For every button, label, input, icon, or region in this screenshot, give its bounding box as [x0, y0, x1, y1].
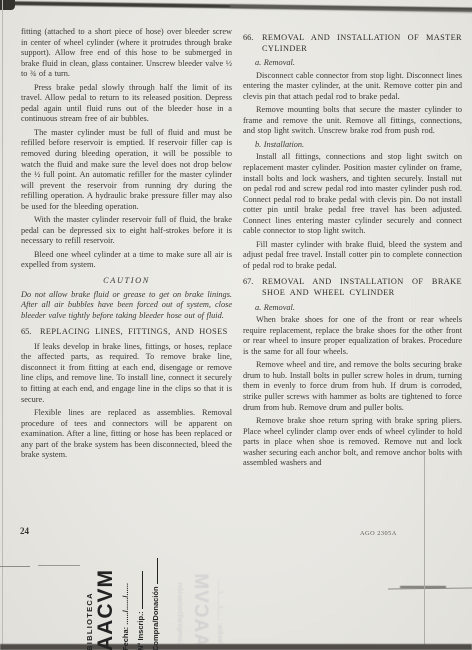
- right-column: 66.REMOVAL AND INSTALLATION OF MASTER CY…: [243, 27, 462, 472]
- section-number: 67.: [243, 277, 262, 298]
- paragraph: Press brake pedal slowly through half th…: [21, 83, 232, 125]
- footer-publication-code: AGO 2305A: [360, 530, 397, 537]
- stamp-library-label: BIBLIOTECA: [85, 541, 94, 650]
- stamp-acronym: AACVM: [95, 541, 117, 650]
- section-number: 65.: [21, 327, 40, 338]
- paragraph: fitting (attached to a short piece of ho…: [21, 27, 232, 80]
- section-title: REPLACING LINES, FITTINGS, AND HOSES: [40, 327, 232, 338]
- paragraph: Fill master cylinder with brake fluid, b…: [243, 240, 462, 272]
- stamp-ghost-content: Fecha: ....../....../...... AACVM Compra…: [135, 547, 225, 647]
- section-heading: 65.REPLACING LINES, FITTINGS, AND HOSES: [21, 327, 232, 338]
- section-title: REMOVAL AND INSTALLATION OF BRAKE SHOE A…: [262, 277, 462, 298]
- paragraph: Disconnect cable connector from stop lig…: [243, 71, 462, 103]
- sub-section-heading: b. Installation.: [243, 140, 462, 151]
- stamp-date-label: Fecha: ....../....../......: [121, 583, 130, 650]
- section-heading: 67.REMOVAL AND INSTALLATION OF BRAKE SHO…: [243, 277, 462, 298]
- fold-mark-left: [0, 566, 30, 567]
- page-number: 24: [20, 526, 29, 536]
- caution-note: Do not allow brake fluid or grease to ge…: [21, 290, 232, 322]
- ghost-acronym: AACVM: [189, 547, 211, 647]
- section-heading: 66.REMOVAL AND INSTALLATION OF MASTER CY…: [243, 33, 462, 54]
- paragraph: The master cylinder must be full of flui…: [21, 128, 232, 212]
- stamp-date-field: Fecha: ....../....../......: [121, 541, 130, 650]
- paragraph: Remove wheel and tire, and remove the bo…: [243, 360, 462, 413]
- page-left-edge-line: [2, 0, 3, 650]
- left-column: fitting (attached to a short piece of ho…: [21, 27, 232, 464]
- scanned-page: fitting (attached to a short piece of ho…: [0, 0, 472, 650]
- paragraph: With the master cylinder reservoir full …: [21, 215, 232, 247]
- section-number: 66.: [243, 33, 262, 54]
- sub-section-heading: a. Removal.: [243, 58, 462, 69]
- paragraph: Bleed one wheel cylinder at a time to ma…: [21, 250, 232, 271]
- caution-heading: CAUTION: [21, 276, 232, 287]
- paragraph: When brake shoes for one of the front or…: [243, 315, 462, 357]
- ghost-date-label: Fecha: ....../....../......: [216, 547, 225, 647]
- vertical-crease: [424, 455, 425, 645]
- paragraph: If leaks develop in brake lines, fitting…: [21, 342, 232, 405]
- fold-mark-left-2: [38, 565, 80, 566]
- paragraph: Remove mounting bolts that secure the ma…: [243, 105, 462, 137]
- sub-section-heading: a. Removal.: [243, 303, 462, 314]
- section-title: REMOVAL AND INSTALLATION OF MASTER CYLIN…: [262, 33, 462, 54]
- paragraph: Flexible lines are replaced as assemblie…: [21, 408, 232, 461]
- ghost-acquisition-label: Compra/Donación: [176, 547, 185, 647]
- fold-mark-right-2: [400, 586, 446, 588]
- paragraph: Remove brake shoe return spring with bra…: [243, 416, 462, 469]
- stamp-ghost-imprint: Fecha: ....../....../...... AACVM Compra…: [225, 547, 315, 647]
- paragraph: Install all fittings, connections and st…: [243, 152, 462, 236]
